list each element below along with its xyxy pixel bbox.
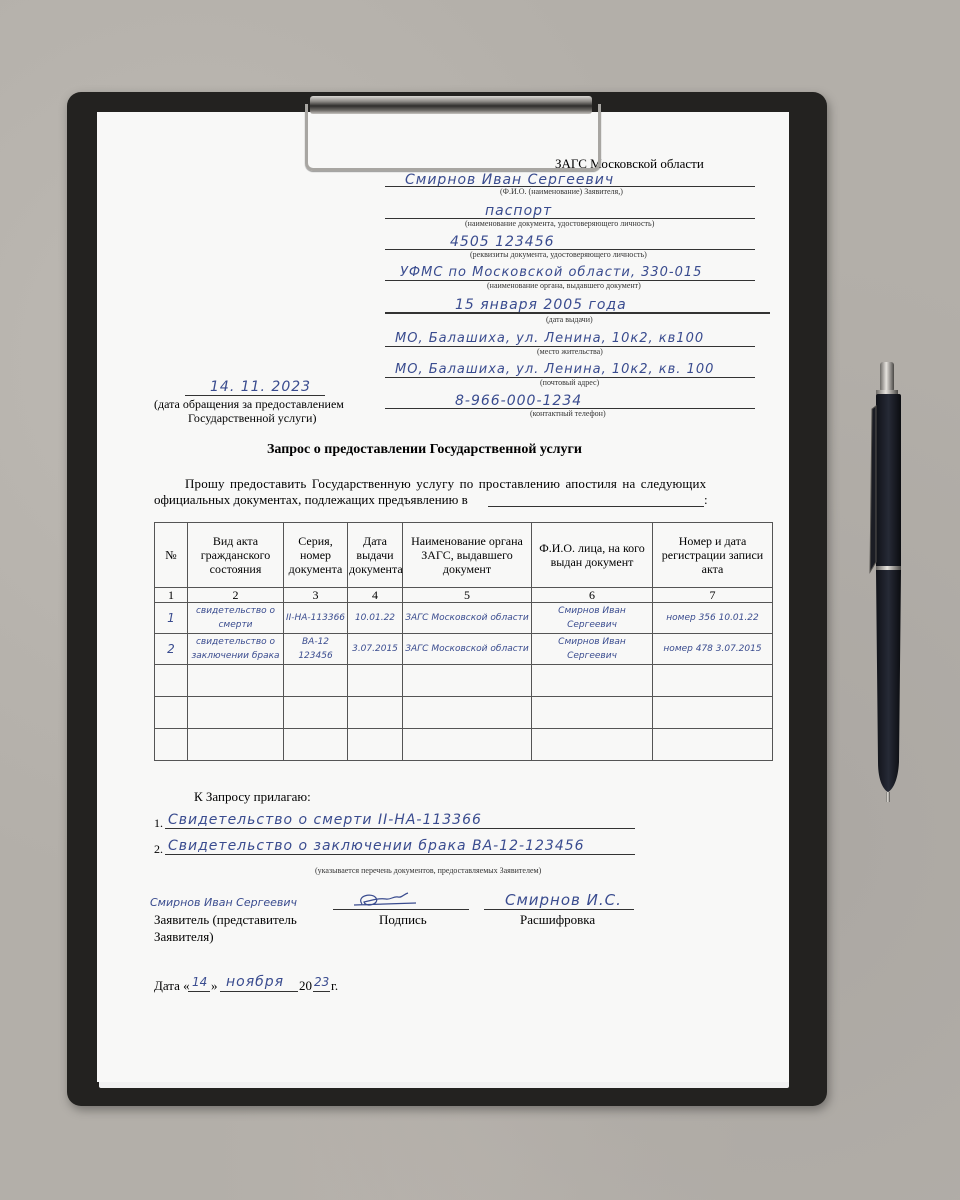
table-row xyxy=(155,665,773,697)
date-prefix: Дата « xyxy=(154,978,190,994)
table-cell[interactable] xyxy=(653,665,773,697)
column-number: 4 xyxy=(348,588,403,603)
table-cell[interactable] xyxy=(653,729,773,761)
table-cell[interactable] xyxy=(284,729,348,761)
intro-line-1: Прошу предоставить Государственную услуг… xyxy=(185,476,706,492)
id-details-value[interactable]: 4505 123456 xyxy=(450,234,555,250)
column-numbers-row: 1 2 3 4 5 6 7 xyxy=(155,588,773,603)
column-header-series-number: Серия, номер документа xyxy=(284,523,348,588)
residence-caption: (место жительства) xyxy=(537,347,603,356)
attachment-2-value[interactable]: Свидетельство о заключении брака ВА-12-1… xyxy=(168,838,585,854)
applicant-name-caption: (Ф.И.О. (наименование) Заявителя,) xyxy=(500,187,623,196)
table-cell[interactable]: 3.07.2015 xyxy=(348,634,403,665)
phone-value[interactable]: 8-966-000-1234 xyxy=(455,393,582,409)
table-cell[interactable] xyxy=(188,665,284,697)
postal-address-caption: (почтовый адрес) xyxy=(540,378,599,387)
decoding-label: Расшифровка xyxy=(520,912,595,928)
id-document-value[interactable]: паспорт xyxy=(485,203,552,219)
divider xyxy=(165,828,635,829)
table-cell[interactable] xyxy=(284,665,348,697)
column-header-issuer: Наименование органа ЗАГС, выдавшего доку… xyxy=(403,523,532,588)
column-number: 5 xyxy=(403,588,532,603)
pen-icon xyxy=(868,362,906,810)
id-document-caption: (наименование документа, удостоверяющего… xyxy=(465,219,654,228)
intro-end: : xyxy=(704,492,708,508)
column-header-issue-date: Дата выдачи документа xyxy=(348,523,403,588)
request-date-caption: (дата обращения за предоставлением xyxy=(154,397,344,412)
applicant-label: Заявитель (представитель xyxy=(154,912,297,928)
table-cell[interactable] xyxy=(348,729,403,761)
date-suffix: г. xyxy=(331,978,338,994)
column-header-number: № xyxy=(155,523,188,588)
column-header-registration: Номер и дата регистрации записи акта xyxy=(653,523,773,588)
signature-label: Подпись xyxy=(379,912,427,928)
table-cell[interactable] xyxy=(532,697,653,729)
table-cell[interactable]: свидетельство о смерти xyxy=(188,603,284,634)
divider xyxy=(185,395,325,396)
attachments-heading: К Запросу прилагаю: xyxy=(194,789,311,805)
column-number: 6 xyxy=(532,588,653,603)
table-cell[interactable]: ВА-12 123456 xyxy=(284,634,348,665)
applicant-label-2: Заявителя) xyxy=(154,929,214,945)
issuer-value[interactable]: УФМС по Московской области, 330-015 xyxy=(400,265,702,280)
divider xyxy=(165,854,635,855)
table-row xyxy=(155,697,773,729)
table-cell[interactable] xyxy=(403,665,532,697)
column-number: 7 xyxy=(653,588,773,603)
signature-line xyxy=(333,909,469,910)
decoding-line xyxy=(484,909,634,910)
divider xyxy=(188,991,210,992)
table-cell[interactable]: номер 478 3.07.2015 xyxy=(653,634,773,665)
residence-value[interactable]: МО, Балашиха, ул. Ленина, 10к2, кв100 xyxy=(395,331,704,346)
attachment-1-value[interactable]: Свидетельство о смерти II-НА-113366 xyxy=(168,812,482,828)
column-header-act-type: Вид акта гражданского состояния xyxy=(188,523,284,588)
divider xyxy=(385,312,770,314)
date-year-prefix: 20 xyxy=(299,978,312,994)
attachments-caption: (указывается перечень документов, предос… xyxy=(315,866,541,875)
decoding-value[interactable]: Смирнов И.С. xyxy=(505,891,622,909)
table-cell[interactable]: II-НА-113366 xyxy=(284,603,348,634)
table-row: 2 свидетельство о заключении брака ВА-12… xyxy=(155,634,773,665)
postal-address-value[interactable]: МО, Балашиха, ул. Ленина, 10к2, кв. 100 xyxy=(395,362,714,377)
column-number: 3 xyxy=(284,588,348,603)
table-row xyxy=(155,729,773,761)
table-cell[interactable]: 1 xyxy=(155,603,188,634)
page-title: Запрос о предоставлении Государственной … xyxy=(267,442,582,458)
table-cell[interactable] xyxy=(155,697,188,729)
table-cell[interactable]: свидетельство о заключении брака xyxy=(188,634,284,665)
request-date-caption-2: Государственной услуги) xyxy=(188,411,316,426)
table-cell[interactable]: Смирнов Иван Сергеевич xyxy=(532,603,653,634)
table-cell[interactable] xyxy=(653,697,773,729)
applicant-signature-name[interactable]: Смирнов Иван Сергеевич xyxy=(150,896,297,909)
table-cell[interactable]: 10.01.22 xyxy=(348,603,403,634)
table-row: 1 свидетельство о смерти II-НА-113366 10… xyxy=(155,603,773,634)
table-cell[interactable]: ЗАГС Московской области xyxy=(403,634,532,665)
date-month[interactable]: ноября xyxy=(226,974,284,990)
column-header-person: Ф.И.О. лица, на кого выдан документ xyxy=(532,523,653,588)
table-cell[interactable] xyxy=(348,697,403,729)
attachment-number: 1. xyxy=(154,816,163,831)
table-cell[interactable]: номер 356 10.01.22 xyxy=(653,603,773,634)
table-cell[interactable] xyxy=(155,729,188,761)
table-cell[interactable] xyxy=(188,729,284,761)
table-cell[interactable]: ЗАГС Московской области xyxy=(403,603,532,634)
issue-date-caption: (дата выдачи) xyxy=(546,315,593,324)
documents-table: № Вид акта гражданского состояния Серия,… xyxy=(154,522,773,761)
request-date-value[interactable]: 14. 11. 2023 xyxy=(210,379,311,395)
table-cell[interactable] xyxy=(155,665,188,697)
issue-date-value[interactable]: 15 января 2005 года xyxy=(455,297,627,313)
phone-caption: (контактный телефон) xyxy=(530,409,606,418)
table-cell[interactable] xyxy=(284,697,348,729)
clipboard-clip-wire xyxy=(305,104,601,171)
issuer-caption: (наименование органа, выдавшего документ… xyxy=(487,281,641,290)
table-cell[interactable] xyxy=(188,697,284,729)
table-cell[interactable] xyxy=(403,697,532,729)
table-cell[interactable]: Смирнов Иван Сергеевич xyxy=(532,634,653,665)
divider xyxy=(220,991,298,992)
table-cell[interactable] xyxy=(403,729,532,761)
attachment-number: 2. xyxy=(154,842,163,857)
table-cell[interactable] xyxy=(532,729,653,761)
date-year-suffix[interactable]: 23 xyxy=(314,975,329,989)
table-cell[interactable]: 2 xyxy=(155,634,188,665)
destination-country-field[interactable] xyxy=(488,506,704,507)
id-details-caption: (реквизиты документа, удостоверяющего ли… xyxy=(470,250,647,259)
table-cell[interactable] xyxy=(532,665,653,697)
divider xyxy=(313,991,330,992)
table-header-row: № Вид акта гражданского состояния Серия,… xyxy=(155,523,773,588)
column-number: 1 xyxy=(155,588,188,603)
date-mid: » xyxy=(211,978,218,994)
intro-line-2: официальных документах, подлежащих предъ… xyxy=(154,492,468,508)
table-cell[interactable] xyxy=(348,665,403,697)
column-number: 2 xyxy=(188,588,284,603)
date-day[interactable]: 14 xyxy=(192,975,207,989)
